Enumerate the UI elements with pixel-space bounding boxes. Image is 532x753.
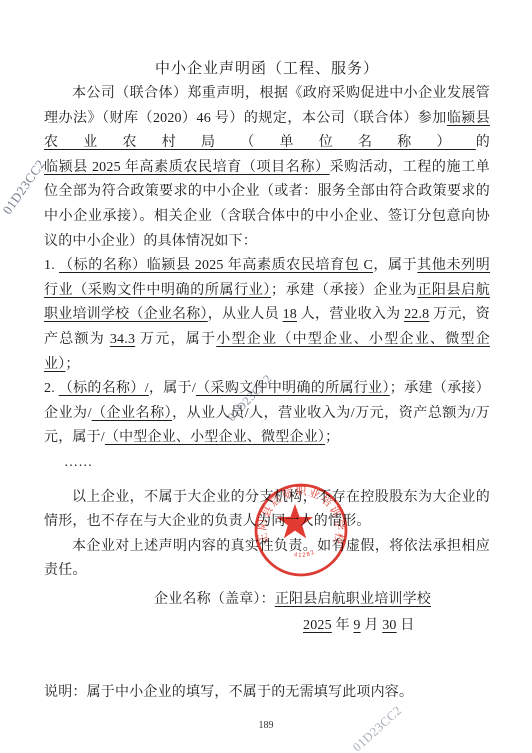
text-run: 万元，属于 <box>135 332 216 347</box>
text-run: ，属于/ <box>149 381 196 396</box>
document-page: 01D23CC2 01D23CC2 01D23CC2 中小企业声明函（工程、服务… <box>0 0 532 753</box>
underlined-fill-in: （标的名称）/ <box>59 381 149 396</box>
text-run: 本公司（联合体）郑重声明，根据《政府采购促进中小企业发展管理办法》（财库（202… <box>44 86 490 126</box>
document-title: 中小企业声明函（工程、服务） <box>44 56 490 82</box>
underlined-fill-in: （标的名称）临颍县 2025 年高素质农民培育包 C <box>59 258 373 273</box>
text-run: 人，营业收入为 <box>297 307 404 322</box>
underlined-fill-in: 正阳县启航职业培训学校 <box>275 592 431 607</box>
underlined-fill-in: 2025 <box>303 618 332 633</box>
company-stamp: 正阳县启航职业培训学校 4128250 <box>241 470 361 590</box>
underlined-fill-in: （采购文件中明确的所属行业） <box>196 381 390 396</box>
stamp-star-icon <box>277 504 313 538</box>
document-content: 中小企业声明函（工程、服务） 本公司（联合体）郑重声明，根据《政府采购促进中小企… <box>44 56 490 706</box>
stamp-svg: 正阳县启航职业培训学校 4128250 <box>241 470 361 590</box>
text-run: 1. <box>44 258 59 273</box>
underlined-fill-in: （企业名称） <box>92 406 172 421</box>
stamp-code-text: 4128250 <box>241 470 317 559</box>
underlined-fill-in: 30 <box>382 618 396 633</box>
underlined-fill-in: 临颍县 2025 年高素质农民培育（项目名称） <box>44 160 330 175</box>
underlined-fill-in: 22.8 <box>404 307 429 322</box>
note-line: 说明：属于中小企业的填写，不属于的无需填写此项内容。 <box>44 681 490 706</box>
paragraph-item-1: 1. （标的名称）临颍县 2025 年高素质农民培育包 C，属于其他未列明行业（… <box>44 254 490 377</box>
stamp-code: 4128250 <box>241 470 317 559</box>
underlined-fill-in: 18 <box>283 307 297 322</box>
date-line: 2025 年 9 月 30 日 <box>303 614 490 639</box>
text-run: 月 <box>361 618 383 633</box>
stamp-company-name: 正阳县启航职业培训学校 <box>256 485 348 547</box>
signature-company-line: 企业名称（盖章）：正阳县启航职业培训学校 <box>154 588 490 613</box>
text-run: ； <box>325 430 339 445</box>
text-run: 企业名称（盖章）： <box>154 592 275 607</box>
stamp-company-name-text: 正阳县启航职业培训学校 <box>256 485 348 547</box>
text-run: ； <box>65 357 79 372</box>
watermark-text-top-left: 01D23CC2 <box>0 157 49 218</box>
paragraph-declaration: 本公司（联合体）郑重声明，根据《政府采购促进中小企业发展管理办法》（财库（202… <box>44 82 490 254</box>
text-run: ，从业人员 <box>208 307 283 322</box>
text-run: ；承建（承接）企业为 <box>271 283 417 298</box>
underlined-fill-in: 9 <box>353 618 360 633</box>
page-number: 189 <box>0 720 532 731</box>
text-run: 的 <box>476 135 490 150</box>
paragraph-item-2: 2. （标的名称）/，属于/（采购文件中明确的所属行业）；承建（承接）企业为/（… <box>44 377 490 451</box>
underlined-fill-in: 34.3 <box>110 332 135 347</box>
text-run: ，属于 <box>373 258 417 273</box>
text-run: 日 <box>397 618 415 633</box>
underlined-fill-in: （中型企业、小型企业、微型企业） <box>105 430 325 445</box>
text-run: 2. <box>44 381 59 396</box>
text-run: 年 <box>332 618 354 633</box>
